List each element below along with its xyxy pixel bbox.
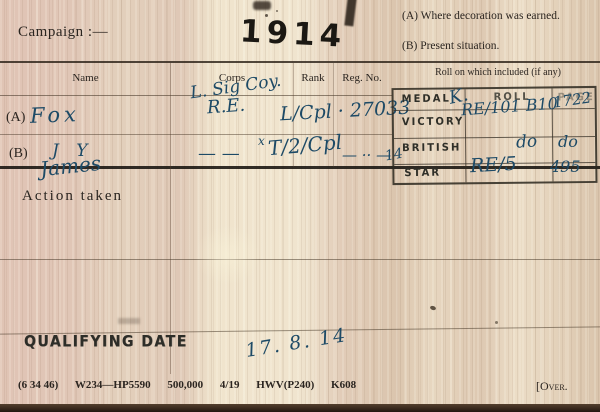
printer-code-part: (6 34 46) xyxy=(18,379,58,391)
handwritten-star-roll: RE/5 xyxy=(469,153,517,177)
medal-box-header-medal: MEDAL xyxy=(402,93,451,105)
column-header-name: Name xyxy=(0,72,171,84)
row-b-label: (B) xyxy=(9,146,28,162)
medal-box-label-victory: VICTORY xyxy=(402,116,465,128)
campaign-label: Campaign :— xyxy=(18,24,108,41)
row-a-label: (A) xyxy=(6,110,25,126)
column-header-roll: Roll on which included (if any) xyxy=(398,67,598,78)
medal-index-card: Campaign :— 1914 (A) Where decoration wa… xyxy=(0,0,600,412)
medal-box-label-star: STAR xyxy=(404,167,441,179)
handwritten-british-page: do xyxy=(558,132,578,151)
ink-smudge-top xyxy=(253,1,271,10)
printer-code-part: K608 xyxy=(331,379,356,391)
speck-2 xyxy=(276,10,278,12)
handwritten-british-roll: do xyxy=(515,131,537,152)
action-taken-label: Action taken xyxy=(22,188,123,205)
note-b: (B) Present situation. xyxy=(402,40,499,52)
column-header-reg-no: Reg. No. xyxy=(333,72,391,84)
handwritten-corps-line2: R.E. xyxy=(206,95,246,119)
note-a: (A) Where decoration was earned. xyxy=(402,10,560,22)
rule-middle xyxy=(0,259,600,260)
rule-table-top xyxy=(0,61,600,63)
handwritten-name-b: James xyxy=(39,151,102,181)
handwritten-name-a: Fox xyxy=(30,102,81,128)
printer-code-part: W234—HP5590 xyxy=(75,379,151,391)
speck-3 xyxy=(429,305,436,311)
handwritten-promotion: T/2/Cpl xyxy=(267,130,343,160)
card-bottom-edge xyxy=(0,404,600,412)
printer-code-part: 4/19 xyxy=(220,379,240,391)
rule-col-name xyxy=(170,63,171,374)
paper-stain xyxy=(195,225,260,285)
handwritten-star-page: 495 xyxy=(550,157,581,176)
handwritten-x-mark: x xyxy=(258,134,265,148)
column-header-rank: Rank xyxy=(289,72,337,84)
printer-code-part: HWV(P240) xyxy=(256,379,314,391)
medal-box-label-british: BRITISH xyxy=(402,142,461,154)
year-1914-stamp: 1914 xyxy=(239,13,347,55)
handwritten-dash-left: — — xyxy=(198,143,240,164)
speck-4 xyxy=(495,321,498,324)
qualifying-date-stamp: QUALIFYING DATE xyxy=(24,333,188,351)
smudge-left xyxy=(118,318,140,324)
over-label: [Over. xyxy=(536,379,568,394)
printer-code: (6 34 46) W234—HP5590 500,000 4/19 HWV(P… xyxy=(18,379,370,391)
printer-code-part: 500,000 xyxy=(167,379,203,391)
